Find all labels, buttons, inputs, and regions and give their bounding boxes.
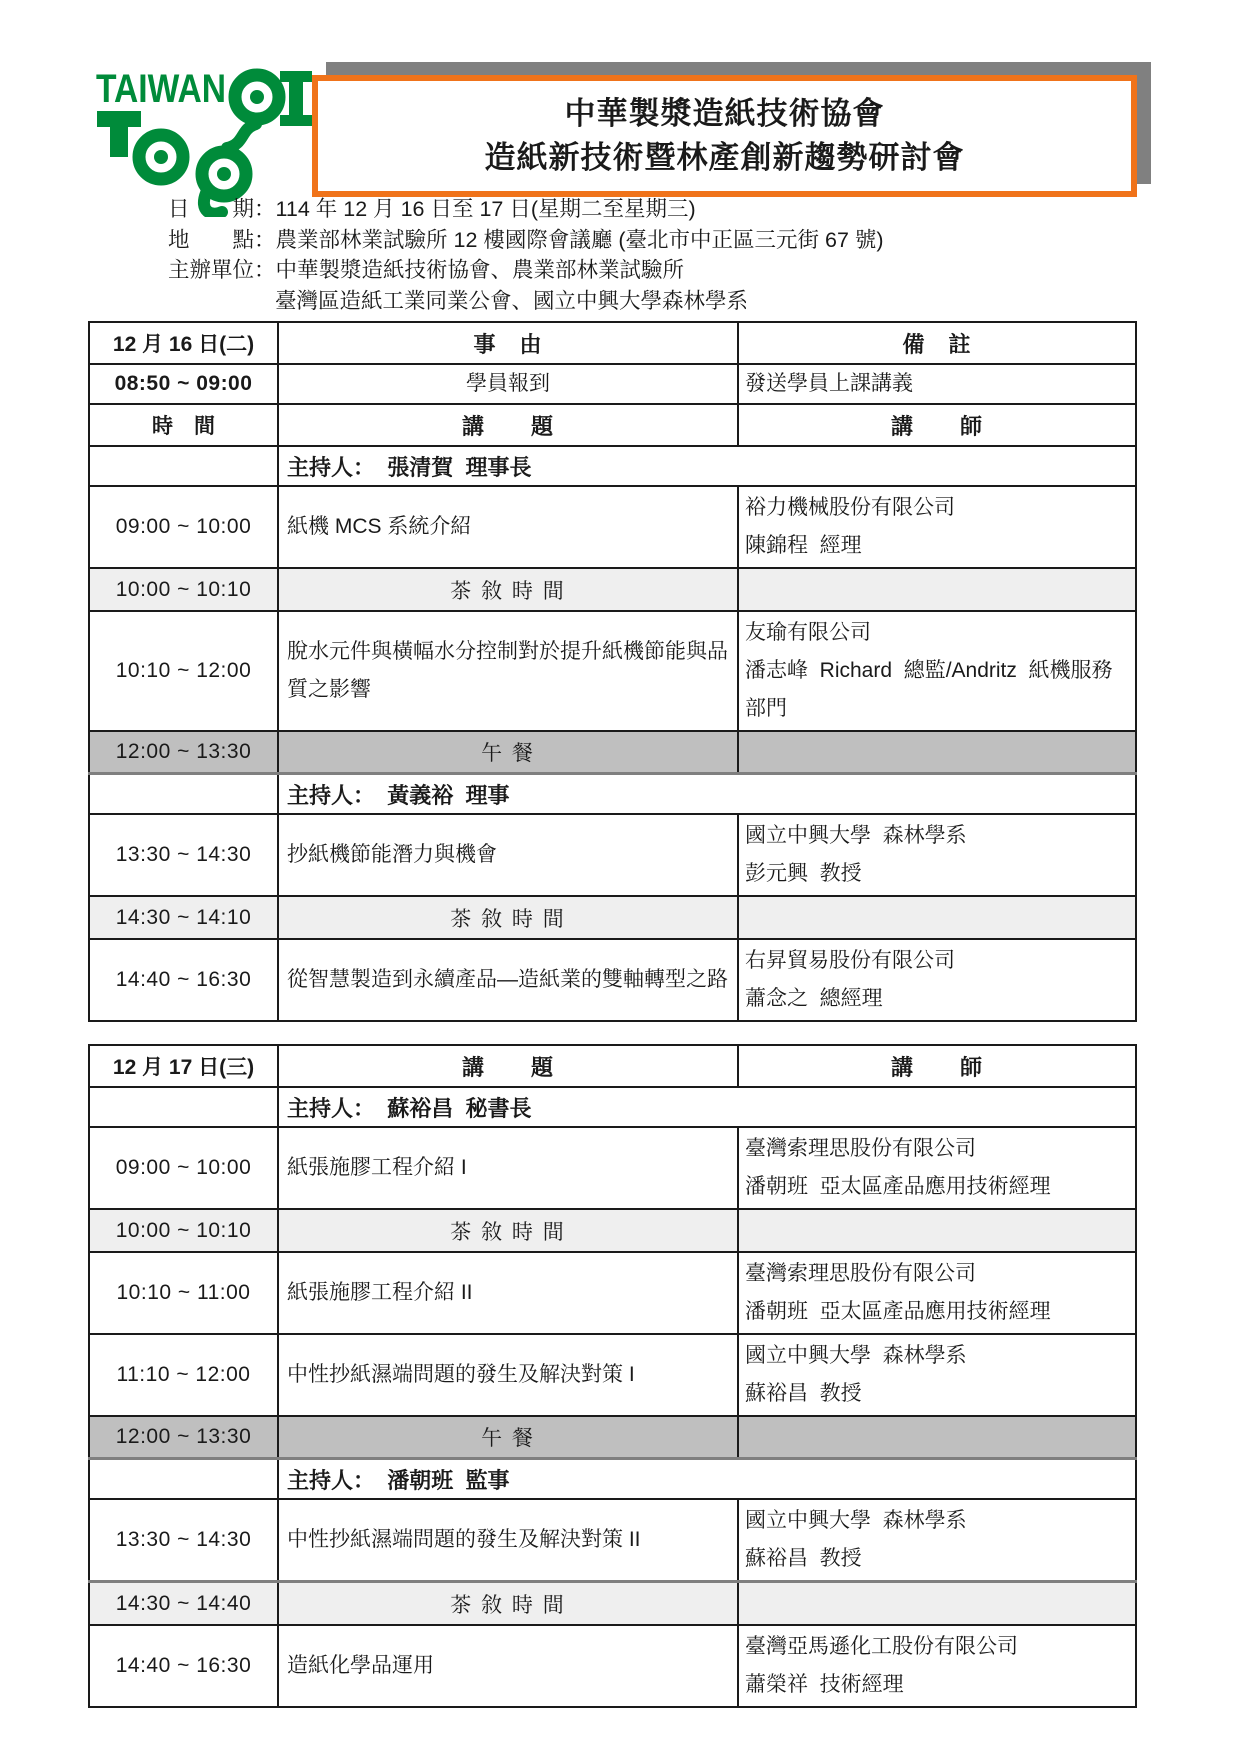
session-time: 10:10 ~ 12:00 <box>89 611 278 731</box>
speaker-line: 蘇裕昌 教授 <box>745 1375 1129 1413</box>
empty-time-cell <box>89 446 278 486</box>
lunch-row: 12:00 ~ 13:30午 餐 <box>89 731 1136 774</box>
session-row: 09:00 ~ 10:00紙張施膠工程介紹 I臺灣索理思股份有限公司潘朝班 亞太… <box>89 1127 1136 1209</box>
break-time: 10:00 ~ 10:10 <box>89 568 278 611</box>
session-row: 09:00 ~ 10:00紙機 MCS 系統介紹裕力機械股份有限公司陳錦程 經理 <box>89 486 1136 568</box>
table-header-row: 12 月 17 日(三)講 題講 師 <box>89 1045 1136 1087</box>
empty-cell <box>738 1582 1136 1626</box>
schedule-table-dec17: 12 月 17 日(三)講 題講 師主持人： 蘇裕昌 秘書長09:00 ~ 10… <box>88 1044 1137 1708</box>
detail-label: 主辦單位： <box>168 258 276 282</box>
chair-label: 主持人： 張清賀 理事長 <box>278 446 1136 486</box>
taiwan-tappi-logo: TAIWAN <box>75 45 325 217</box>
empty-cell <box>738 1416 1136 1459</box>
event-details: 日 期：114 年 12 月 16 日至 17 日(星期二至星期三) 地 點：農… <box>168 194 884 316</box>
session-speaker: 右昇貿易股份有限公司蕭念之 總經理 <box>738 939 1136 1021</box>
session-row: 10:10 ~ 12:00脫水元件與橫幅水分控制對於提升紙機節能與品質之影響友瑜… <box>89 611 1136 731</box>
detail-row-organizer-2: 臺灣區造紙工業同業公會、國立中興大學森林學系 <box>168 286 884 317</box>
chair-row: 主持人： 潘朝班 監事 <box>89 1459 1136 1500</box>
detail-value: 中華製漿造紙技術協會、農業部林業試驗所 <box>276 258 685 282</box>
session-topic: 學員報到 <box>278 364 738 404</box>
subheader-row: 時 間講 題講 師 <box>89 404 1136 446</box>
speaker-line: 潘志峰 Richard 總監/Andritz 紙機服務部門 <box>745 652 1129 728</box>
break-time: 14:30 ~ 14:10 <box>89 896 278 939</box>
session-speaker: 國立中興大學 森林學系蘇裕昌 教授 <box>738 1334 1136 1416</box>
session-time: 11:10 ~ 12:00 <box>89 1334 278 1416</box>
column-header: 事 由 <box>278 322 738 364</box>
session-speaker: 臺灣亞馬遜化工股份有限公司蕭榮祥 技術經理 <box>738 1625 1136 1707</box>
column-subheader: 講 題 <box>278 404 738 446</box>
speaker-line: 右昇貿易股份有限公司 <box>745 942 1129 980</box>
empty-cell <box>738 896 1136 939</box>
speaker-line: 發送學員上課講義 <box>745 369 1129 399</box>
empty-cell <box>738 568 1136 611</box>
break-label: 午 餐 <box>278 1416 738 1459</box>
schedule-table-dec16: 12 月 16 日(二)事 由備 註08:50 ~ 09:00學員報到發送學員上… <box>88 321 1137 1022</box>
break-label: 茶 敘 時 間 <box>278 1209 738 1252</box>
session-topic: 紙張施膠工程介紹 II <box>278 1252 738 1334</box>
column-header: 12 月 16 日(二) <box>89 322 278 364</box>
session-speaker: 友瑜有限公司潘志峰 Richard 總監/Andritz 紙機服務部門 <box>738 611 1136 731</box>
detail-row-location: 地 點：農業部林業試驗所 12 樓國際會議廳 (臺北市中正區三元街 67 號) <box>168 225 884 256</box>
session-topic: 脫水元件與橫幅水分控制對於提升紙機節能與品質之影響 <box>278 611 738 731</box>
session-row: 13:30 ~ 14:30中性抄紙濕端問題的發生及解決對策 II國立中興大學 森… <box>89 1499 1136 1582</box>
session-speaker: 裕力機械股份有限公司陳錦程 經理 <box>738 486 1136 568</box>
chair-row: 主持人： 蘇裕昌 秘書長 <box>89 1087 1136 1127</box>
session-topic: 中性抄紙濕端問題的發生及解決對策 II <box>278 1499 738 1582</box>
empty-cell <box>738 731 1136 774</box>
speaker-line: 蕭榮祥 技術經理 <box>745 1666 1129 1704</box>
speaker-line: 國立中興大學 森林學系 <box>745 817 1129 855</box>
session-topic: 抄紙機節能潛力與機會 <box>278 814 738 896</box>
session-time: 08:50 ~ 09:00 <box>89 364 278 404</box>
session-speaker: 國立中興大學 森林學系彭元興 教授 <box>738 814 1136 896</box>
chair-label: 主持人： 潘朝班 監事 <box>278 1459 1136 1500</box>
session-time: 10:10 ~ 11:00 <box>89 1252 278 1334</box>
lunch-row: 12:00 ~ 13:30午 餐 <box>89 1416 1136 1459</box>
session-row: 13:30 ~ 14:30抄紙機節能潛力與機會國立中興大學 森林學系彭元興 教授 <box>89 814 1136 896</box>
break-label: 茶 敘 時 間 <box>278 568 738 611</box>
session-time: 14:40 ~ 16:30 <box>89 1625 278 1707</box>
session-time: 09:00 ~ 10:00 <box>89 1127 278 1209</box>
break-time: 10:00 ~ 10:10 <box>89 1209 278 1252</box>
break-time: 14:30 ~ 14:40 <box>89 1582 278 1626</box>
session-topic: 紙機 MCS 系統介紹 <box>278 486 738 568</box>
speaker-line: 國立中興大學 森林學系 <box>745 1502 1129 1540</box>
schedule-tables: 12 月 16 日(二)事 由備 註08:50 ~ 09:00學員報到發送學員上… <box>88 321 1137 1708</box>
detail-row-date: 日 期：114 年 12 月 16 日至 17 日(星期二至星期三) <box>168 194 884 225</box>
tea-row: 14:30 ~ 14:40茶 敘 時 間 <box>89 1582 1136 1626</box>
session-row: 10:10 ~ 11:00紙張施膠工程介紹 II臺灣索理思股份有限公司潘朝班 亞… <box>89 1252 1136 1334</box>
session-speaker: 發送學員上課講義 <box>738 364 1136 404</box>
session-time: 09:00 ~ 10:00 <box>89 486 278 568</box>
speaker-line: 陳錦程 經理 <box>745 527 1129 565</box>
chair-label: 主持人： 黃義裕 理事 <box>278 774 1136 815</box>
detail-label: 日 期： <box>168 197 276 221</box>
detail-value: 114 年 12 月 16 日至 17 日(星期二至星期三) <box>276 197 696 221</box>
empty-time-cell <box>89 1459 278 1500</box>
column-header: 12 月 17 日(三) <box>89 1045 278 1087</box>
organization-title: 中華製漿造紙技術協會 <box>565 95 885 134</box>
chair-label: 主持人： 蘇裕昌 秘書長 <box>278 1087 1136 1127</box>
speaker-line: 臺灣索理思股份有限公司 <box>745 1255 1129 1293</box>
session-row: 08:50 ~ 09:00學員報到發送學員上課講義 <box>89 364 1136 404</box>
chair-row: 主持人： 張清賀 理事長 <box>89 446 1136 486</box>
session-topic: 中性抄紙濕端問題的發生及解決對策 I <box>278 1334 738 1416</box>
column-header: 講 師 <box>738 1045 1136 1087</box>
session-speaker: 臺灣索理思股份有限公司潘朝班 亞太區產品應用技術經理 <box>738 1252 1136 1334</box>
speaker-line: 友瑜有限公司 <box>745 614 1129 652</box>
chair-row: 主持人： 黃義裕 理事 <box>89 774 1136 815</box>
title-box: 中華製漿造紙技術協會 造紙新技術暨林產創新趨勢研討會 <box>312 75 1137 197</box>
session-topic: 從智慧製造到永續產品—造紙業的雙軸轉型之路 <box>278 939 738 1021</box>
column-subheader: 講 師 <box>738 404 1136 446</box>
empty-time-cell <box>89 1087 278 1127</box>
speaker-line: 彭元興 教授 <box>745 855 1129 893</box>
break-label: 茶 敘 時 間 <box>278 1582 738 1626</box>
event-title: 造紙新技術暨林產創新趨勢研討會 <box>485 139 965 178</box>
session-time: 13:30 ~ 14:30 <box>89 1499 278 1582</box>
speaker-line: 裕力機械股份有限公司 <box>745 489 1129 527</box>
session-row: 14:40 ~ 16:30造紙化學品運用臺灣亞馬遜化工股份有限公司蕭榮祥 技術經… <box>89 1625 1136 1707</box>
speaker-line: 蕭念之 總經理 <box>745 980 1129 1018</box>
tea-row: 10:00 ~ 10:10茶 敘 時 間 <box>89 568 1136 611</box>
session-topic: 紙張施膠工程介紹 I <box>278 1127 738 1209</box>
tea-row: 10:00 ~ 10:10茶 敘 時 間 <box>89 1209 1136 1252</box>
session-topic: 造紙化學品運用 <box>278 1625 738 1707</box>
detail-value: 臺灣區造紙工業同業公會、國立中興大學森林學系 <box>275 289 748 313</box>
empty-cell <box>738 1209 1136 1252</box>
break-time: 12:00 ~ 13:30 <box>89 1416 278 1459</box>
detail-row-organizer: 主辦單位：中華製漿造紙技術協會、農業部林業試驗所 <box>168 255 884 286</box>
session-speaker: 國立中興大學 森林學系蘇裕昌 教授 <box>738 1499 1136 1582</box>
session-time: 13:30 ~ 14:30 <box>89 814 278 896</box>
speaker-line: 臺灣索理思股份有限公司 <box>745 1130 1129 1168</box>
session-row: 11:10 ~ 12:00中性抄紙濕端問題的發生及解決對策 I國立中興大學 森林… <box>89 1334 1136 1416</box>
break-label: 茶 敘 時 間 <box>278 896 738 939</box>
session-speaker: 臺灣索理思股份有限公司潘朝班 亞太區產品應用技術經理 <box>738 1127 1136 1209</box>
break-label: 午 餐 <box>278 731 738 774</box>
speaker-line: 潘朝班 亞太區產品應用技術經理 <box>745 1293 1129 1331</box>
session-time: 14:40 ~ 16:30 <box>89 939 278 1021</box>
detail-value: 農業部林業試驗所 12 樓國際會議廳 (臺北市中正區三元街 67 號) <box>276 228 884 252</box>
speaker-line: 國立中興大學 森林學系 <box>745 1337 1129 1375</box>
empty-time-cell <box>89 774 278 815</box>
table-header-row: 12 月 16 日(二)事 由備 註 <box>89 322 1136 364</box>
column-header: 講 題 <box>278 1045 738 1087</box>
speaker-line: 臺灣亞馬遜化工股份有限公司 <box>745 1628 1129 1666</box>
speaker-line: 潘朝班 亞太區產品應用技術經理 <box>745 1168 1129 1206</box>
column-subheader: 時 間 <box>89 404 278 446</box>
tea-row: 14:30 ~ 14:10茶 敘 時 間 <box>89 896 1136 939</box>
seminar-agenda-page: TAIWAN 中華製漿造紙技術協會 造紙新技術暨林產創新趨勢研討會 <box>0 0 1241 1755</box>
detail-label: 地 點： <box>168 228 276 252</box>
logo-taiwan-text: TAIWAN <box>96 67 226 111</box>
speaker-line: 蘇裕昌 教授 <box>745 1540 1129 1578</box>
break-time: 12:00 ~ 13:30 <box>89 731 278 774</box>
session-row: 14:40 ~ 16:30從智慧製造到永續產品—造紙業的雙軸轉型之路右昇貿易股份… <box>89 939 1136 1021</box>
column-header: 備 註 <box>738 322 1136 364</box>
